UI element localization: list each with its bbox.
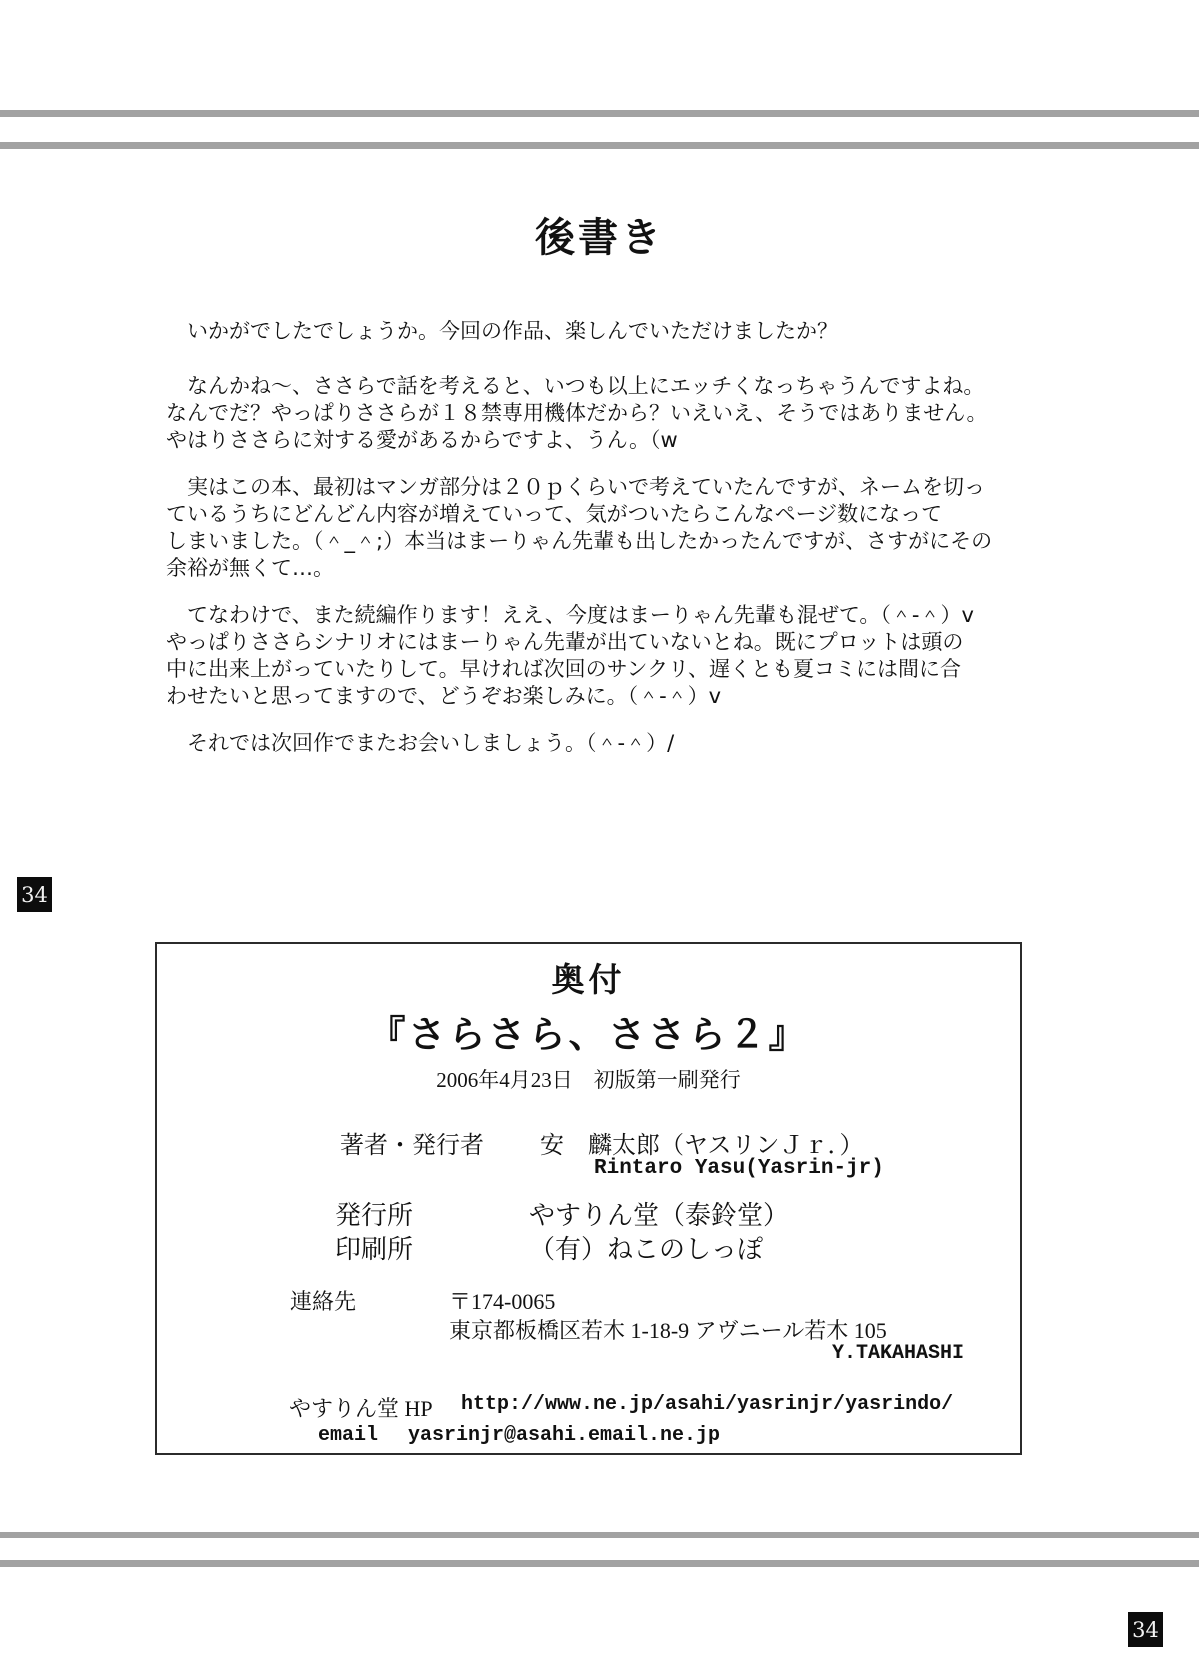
contact-name: Y.TAKAHASHI bbox=[832, 1342, 964, 1365]
text-line: なんかね～、ささらで話を考えると、いつも以上にエッチくなっちゃうんですよね。 bbox=[166, 373, 1026, 400]
homepage-label: やすりん堂 HP bbox=[289, 1392, 433, 1423]
afterword-paragraph: てなわけで、また続編作ります！ええ、今度はまーりゃん先輩も混ぜて。（＾-＾）v … bbox=[166, 602, 1026, 710]
text-line: それでは次回作でまたお会いしましょう。（＾-＾）/ bbox=[166, 730, 1026, 757]
text-line: 中に出来上がっていたりして。早ければ次回のサンクリ、遅くとも夏コミには間に合 bbox=[166, 656, 1026, 683]
top-divider-bar-1 bbox=[0, 110, 1199, 117]
text-line: やっぱりささらシナリオにはまーりゃん先輩が出ていないとね。既にプロットは頭の bbox=[166, 629, 1026, 656]
text-line: ているうちにどんどん内容が増えていって、気がついたらこんなページ数になって bbox=[166, 501, 1026, 528]
text-line: なんでだ？やっぱりささらが１８禁専用機体だから？いえいえ、そうではありません。 bbox=[166, 400, 1026, 427]
text-line: いかがでしたでしょうか。今回の作品、楽しんでいただけましたか？ bbox=[166, 318, 1026, 345]
publisher-name: やすりん堂（泰鈴堂） bbox=[529, 1195, 789, 1232]
author-name-romaji: Rintaro Yasu(Yasrin-jr) bbox=[594, 1157, 884, 1180]
colophon-heading: 奥付 bbox=[157, 954, 1020, 1001]
bottom-divider-bar-2 bbox=[0, 1560, 1199, 1567]
afterword-paragraph: 実はこの本、最初はマンガ部分は２０ｐくらいで考えていたんですが、ネームを切っ て… bbox=[166, 474, 1026, 582]
document-page: 後書き いかがでしたでしょうか。今回の作品、楽しんでいただけましたか？ なんかね… bbox=[0, 0, 1199, 1678]
text-line: やはりささらに対する愛があるからですよ、うん。（w bbox=[166, 427, 1026, 454]
email-label: email bbox=[318, 1424, 378, 1447]
postal-code: 〒174-0065 bbox=[449, 1285, 555, 1316]
text-line: てなわけで、また続編作ります！ええ、今度はまーりゃん先輩も混ぜて。（＾-＾）v bbox=[166, 602, 1026, 629]
edition-date: 2006年4月23日 初版第一刷発行 bbox=[157, 1064, 1020, 1094]
bottom-divider-bar-1 bbox=[0, 1532, 1199, 1538]
printer-name: （有）ねこのしっぽ bbox=[529, 1229, 763, 1266]
contact-address: 東京都板橋区若木 1-18-9 アヴニール若木 105 bbox=[449, 1314, 887, 1345]
book-title: 『さらさら、ささら２』 bbox=[157, 1004, 1020, 1058]
author-label: 著者・発行者 bbox=[340, 1125, 484, 1160]
publisher-label: 発行所 bbox=[335, 1195, 413, 1232]
afterword-paragraph: なんかね～、ささらで話を考えると、いつも以上にエッチくなっちゃうんですよね。 な… bbox=[166, 373, 1026, 454]
author-name: 安 麟太郎（ヤスリンＪｒ．） bbox=[540, 1125, 864, 1160]
text-line: わせたいと思ってますので、どうぞお楽しみに。（＾-＾）v bbox=[166, 683, 1026, 710]
text-line: しまいました。（＾_＾;）本当はまーりゃん先輩も出したかったんですが、さすがにそ… bbox=[166, 528, 1026, 555]
afterword-text: いかがでしたでしょうか。今回の作品、楽しんでいただけましたか？ なんかね～、ささ… bbox=[166, 318, 1026, 777]
page-number-badge-left: 34 bbox=[17, 877, 52, 912]
homepage-url: http://www.ne.jp/asahi/yasrinjr/yasrindo… bbox=[461, 1393, 953, 1416]
text-line: 余裕が無くて…。 bbox=[166, 555, 1026, 582]
afterword-paragraph: いかがでしたでしょうか。今回の作品、楽しんでいただけましたか？ bbox=[166, 318, 1026, 345]
contact-label: 連絡先 bbox=[290, 1285, 356, 1316]
text-line: 実はこの本、最初はマンガ部分は２０ｐくらいで考えていたんですが、ネームを切っ bbox=[166, 474, 1026, 501]
top-divider-bar-2 bbox=[0, 142, 1199, 149]
page-title: 後書き bbox=[0, 206, 1199, 263]
colophon-box: 奥付 『さらさら、ささら２』 2006年4月23日 初版第一刷発行 著者・発行者… bbox=[155, 942, 1022, 1455]
afterword-paragraph: それでは次回作でまたお会いしましょう。（＾-＾）/ bbox=[166, 730, 1026, 757]
printer-label: 印刷所 bbox=[335, 1229, 413, 1266]
email-address: yasrinjr@asahi.email.ne.jp bbox=[408, 1424, 720, 1447]
page-number-badge-right: 34 bbox=[1128, 1612, 1163, 1647]
